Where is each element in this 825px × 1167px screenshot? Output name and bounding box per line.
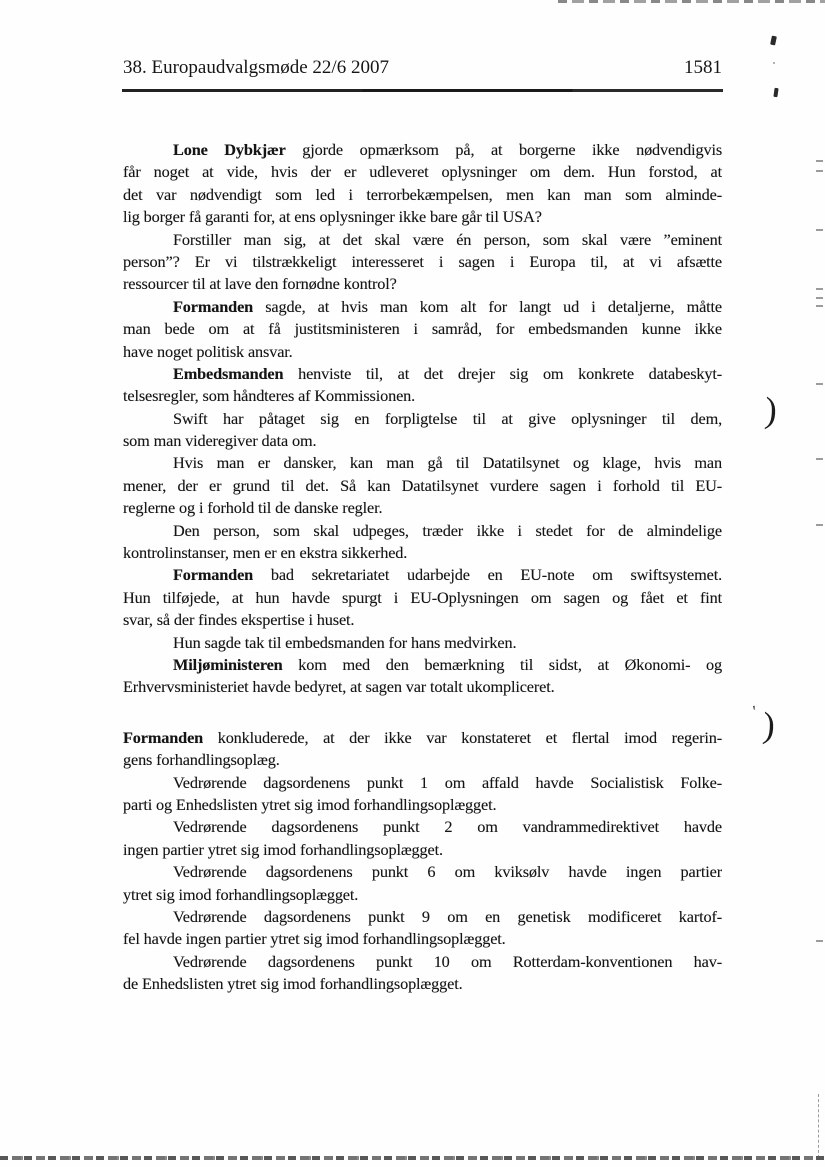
scan-edge-line-bottom — [0, 1156, 825, 1160]
speaker-name: Formanden — [173, 565, 253, 584]
scan-edge-tick — [816, 229, 823, 231]
text-line: ressourcer til at lave den fornødne kont… — [123, 273, 722, 295]
text-line: Embedsmanden henviste til, at det drejer… — [123, 363, 722, 385]
scan-edge-tick — [816, 940, 823, 942]
paragraph: Vedrørende dagsordenens punkt 9 om en ge… — [123, 906, 722, 951]
paragraph: Formanden sagde, at hvis man kom alt for… — [123, 296, 722, 363]
text-line: Forstiller man sig, at det skal være én … — [123, 229, 722, 251]
page-header: 38. Europaudvalgsmøde 22/6 2007 1581 — [123, 57, 722, 79]
text-line: ytret sig imod forhandlingsoplægget. — [123, 884, 722, 906]
scan-edge-tick — [816, 170, 823, 172]
text-line: svar, så der findes ekspertise i huset. — [123, 609, 722, 631]
paragraph: Lone Dybkjær gjorde opmærksom på, at bor… — [123, 139, 722, 229]
speaker-name: Miljøministeren — [173, 655, 283, 674]
scan-edge-tick — [816, 458, 823, 460]
text-line: Vedrørende dagsordenens punkt 6 om kviks… — [123, 861, 722, 883]
scan-edge-tick — [816, 160, 823, 162]
handwritten-paren-mark: ) — [762, 707, 776, 744]
text-line: Formanden bad sekretariatet udarbejde en… — [123, 564, 722, 586]
scan-speck — [770, 36, 777, 46]
speaker-name: Formanden — [173, 297, 253, 316]
scan-edge-tick — [816, 305, 823, 307]
speaker-name: Lone Dybkjær — [173, 140, 286, 159]
scan-edge-tick — [816, 524, 823, 526]
text-line: de Enhedslisten ytret sig imod forhandli… — [123, 973, 722, 995]
text-line: Lone Dybkjær gjorde opmærksom på, at bor… — [123, 139, 722, 161]
text-line: telsesregler, som håndteres af Kommissio… — [123, 385, 722, 407]
scan-edge-dashes-top — [558, 0, 825, 3]
text-line: kontrolinstanser, men er en ekstra sikke… — [123, 542, 722, 564]
header-rule — [122, 89, 723, 92]
text-line: reglerne og i forhold til de danske regl… — [123, 497, 722, 519]
text-line: Hvis man er dansker, kan man gå til Data… — [123, 452, 722, 474]
text-line: Formanden konkluderede, at der ikke var … — [123, 727, 722, 749]
document-body: Lone Dybkjær gjorde opmærksom på, at bor… — [123, 139, 722, 995]
paragraph: Miljøministeren kom med den bemærkning t… — [123, 654, 722, 699]
paragraph: Hun sagde tak til embedsmanden for hans … — [123, 632, 722, 654]
paragraph: Den person, som skal udpeges, træder ikk… — [123, 520, 722, 565]
scan-edge-tick — [816, 288, 823, 290]
text-line: have noget politisk ansvar. — [123, 341, 722, 363]
handwritten-tick-mark: ' — [752, 702, 757, 722]
paragraph: Vedrørende dagsordenens punkt 6 om kviks… — [123, 861, 722, 906]
text-line: ingen partier ytret sig imod forhandling… — [123, 839, 722, 861]
header-title: 38. Europaudvalgsmøde 22/6 2007 — [123, 57, 389, 79]
scan-edge-tick — [816, 297, 823, 299]
text-line: Miljøministeren kom med den bemærkning t… — [123, 654, 722, 676]
text-line: Vedrørende dagsordenens punkt 9 om en ge… — [123, 906, 722, 928]
text-line: som man videregiver data om. — [123, 430, 722, 452]
text-line: det var nødvendigt som led i terrorbekæm… — [123, 184, 722, 206]
paragraph: Swift har påtaget sig en forpligtelse ti… — [123, 408, 722, 453]
text-line: Vedrørende dagsordenens punkt 10 om Rott… — [123, 951, 722, 973]
scan-edge-tick — [816, 383, 823, 385]
handwritten-paren-mark: ) — [764, 392, 778, 429]
paragraph: Forstiller man sig, at det skal være én … — [123, 229, 722, 296]
speaker-name: Embedsmanden — [173, 364, 283, 383]
paragraph: Formanden konkluderede, at der ikke var … — [123, 727, 722, 772]
paragraph: Vedrørende dagsordenens punkt 2 om vandr… — [123, 816, 722, 861]
page-number: 1581 — [684, 57, 722, 79]
text-line: Vedrørende dagsordenens punkt 1 om affal… — [123, 772, 722, 794]
text-line: Hun sagde tak til embedsmanden for hans … — [123, 632, 722, 654]
text-line: Swift har påtaget sig en forpligtelse ti… — [123, 408, 722, 430]
speaker-name: Formanden — [123, 728, 203, 747]
paragraph: Formanden bad sekretariatet udarbejde en… — [123, 564, 722, 631]
text-line: Formanden sagde, at hvis man kom alt for… — [123, 296, 722, 318]
scan-speck — [773, 62, 775, 64]
text-line: man bede om at få justitsministeren i sa… — [123, 318, 722, 340]
scan-edge-line-right — [818, 1094, 820, 1158]
text-line: Vedrørende dagsordenens punkt 2 om vandr… — [123, 816, 722, 838]
text-line: mener, der er grund til det. Så kan Data… — [123, 475, 722, 497]
text-line: Erhvervsministeriet havde bedyret, at sa… — [123, 676, 722, 698]
paragraph: Hvis man er dansker, kan man gå til Data… — [123, 452, 722, 519]
scan-speck — [773, 88, 778, 97]
paragraph: Vedrørende dagsordenens punkt 10 om Rott… — [123, 951, 722, 996]
paragraph: Vedrørende dagsordenens punkt 1 om affal… — [123, 772, 722, 817]
text-line: fel havde ingen partier ytret sig imod f… — [123, 928, 722, 950]
text-line: person”? Er vi tilstrækkeligt interesser… — [123, 251, 722, 273]
text-line: lig borger få garanti for, at ens oplysn… — [123, 206, 722, 228]
text-line: Den person, som skal udpeges, træder ikk… — [123, 520, 722, 542]
text-line: Hun tilføjede, at hun havde spurgt i EU-… — [123, 587, 722, 609]
paragraph: Embedsmanden henviste til, at det drejer… — [123, 363, 722, 408]
text-line: får noget at vide, hvis der er udleveret… — [123, 161, 722, 183]
scanned-document-page: 38. Europaudvalgsmøde 22/6 2007 1581 Lon… — [0, 0, 825, 1167]
text-line: gens forhandlingsoplæg. — [123, 749, 722, 771]
text-line: parti og Enhedslisten ytret sig imod for… — [123, 794, 722, 816]
